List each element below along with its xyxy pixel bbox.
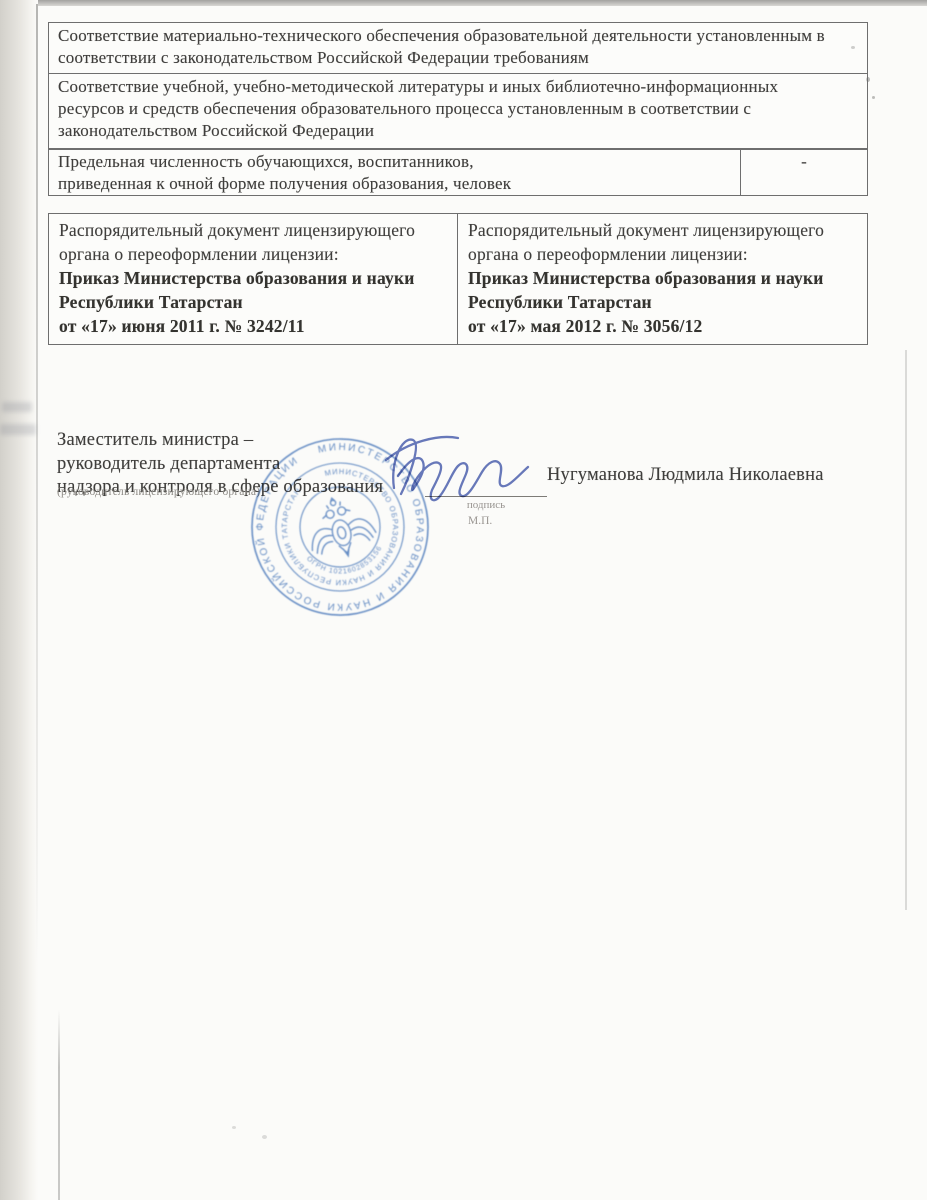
scan-edge-left — [0, 0, 38, 1200]
handwritten-signature — [372, 426, 552, 512]
compliance-row-literature: Соответствие учебной, учебно-методическо… — [49, 74, 867, 148]
scan-speck — [872, 96, 875, 99]
capacity-table: Предельная численность обучающихся, восп… — [48, 149, 868, 196]
orders-table: Распорядительный документ лицензирующего… — [48, 213, 868, 345]
order-intro: Распорядительный документ лицензирующего… — [468, 218, 857, 266]
capacity-value: - — [740, 150, 867, 195]
page-edge-right — [905, 350, 907, 910]
scan-bleed-artifact — [2, 402, 32, 412]
capacity-label: Предельная численность обучающихся, восп… — [49, 150, 740, 195]
compliance-row-material: Соответствие материально-технического об… — [49, 23, 867, 74]
order-cell-2011: Распорядительный документ лицензирующего… — [49, 214, 458, 344]
order-intro: Распорядительный документ лицензирующего… — [59, 218, 447, 266]
page-edge-line — [36, 4, 38, 964]
scanned-license-page: Соответствие материально-технического об… — [0, 0, 927, 1200]
signer-name: Нугуманова Людмила Николаевна — [547, 464, 824, 486]
scan-edge-top — [0, 0, 927, 6]
compliance-table: Соответствие материально-технического об… — [48, 22, 868, 149]
order-cell-2012: Распорядительный документ лицензирующего… — [458, 214, 867, 344]
order-text-2011: Приказ Министерства образования и науки … — [59, 266, 447, 338]
scan-speck — [232, 1126, 236, 1129]
scan-speck — [262, 1135, 267, 1139]
stamp-place-caption: М.П. — [468, 515, 492, 527]
page-fold-line — [58, 1010, 60, 1200]
double-headed-eagle-icon — [300, 489, 380, 565]
scan-bleed-artifact — [0, 424, 36, 435]
order-text-2012: Приказ Министерства образования и науки … — [468, 266, 857, 338]
